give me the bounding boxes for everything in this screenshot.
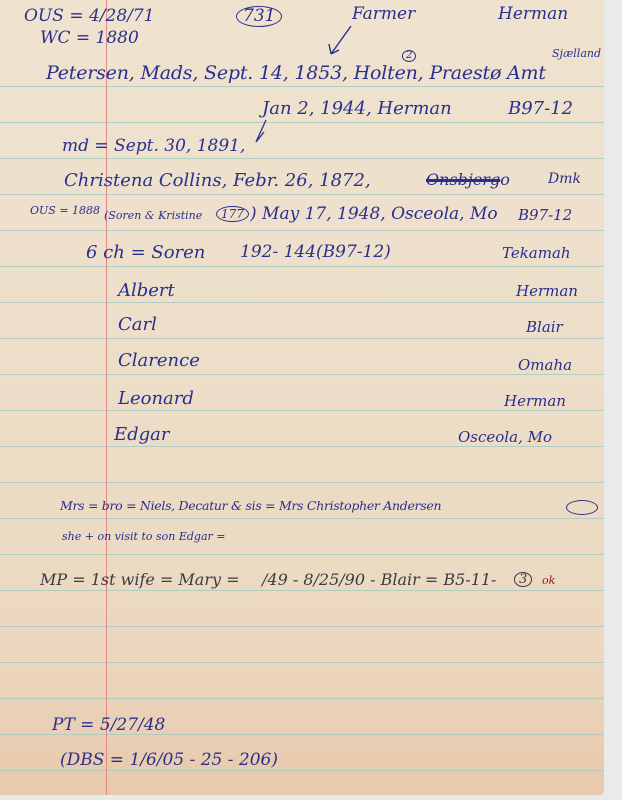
ruled-line <box>0 266 604 267</box>
spouse-ous: OUS = 1888 <box>30 205 100 216</box>
margin-line <box>106 0 107 795</box>
pt-date: PT = 5/27/48 <box>52 717 165 734</box>
notes-visit: she + on visit to son Edgar = <box>62 531 226 542</box>
subject-name-birth: Petersen, Mads, Sept. 14, 1853, Holten, … <box>46 64 546 83</box>
child-place: Blair <box>526 320 563 335</box>
ruled-line <box>0 374 604 375</box>
ruled-line <box>0 86 604 87</box>
children-count: 6 ch = Soren <box>86 244 205 262</box>
spouse-death: ) May 17, 1948, Osceola, Mo <box>250 206 498 223</box>
child-name: Carl <box>118 316 157 334</box>
spouse-parents-ref: 177 <box>216 206 249 222</box>
child-place: Osceola, Mo <box>458 430 552 445</box>
spouse-parents: (Soren & Kristine <box>104 210 202 221</box>
child-name: Clarence <box>118 352 200 370</box>
ruled-line <box>0 338 604 339</box>
spelling-note: Sjælland <box>552 48 601 59</box>
ruled-line <box>0 302 604 303</box>
insertion-arrow-icon <box>325 24 355 58</box>
ruled-line <box>0 518 604 519</box>
marriage-date: md = Sept. 30, 1891, <box>62 138 245 155</box>
occupation: Farmer <box>352 6 415 23</box>
subject-death: Jan 2, 1944, Herman <box>262 100 452 118</box>
ruled-line <box>0 194 604 195</box>
spouse-country: Dmk <box>548 172 581 186</box>
mp-circled-ref: 3 <box>514 572 532 587</box>
dbs-reference: (DBS = 1/6/05 - 25 - 206) <box>60 752 278 769</box>
ok-mark: ok <box>542 575 555 586</box>
ruled-line <box>0 482 604 483</box>
subject-death-ref: B97-12 <box>508 100 573 118</box>
spouse-death-ref: B97-12 <box>518 208 572 223</box>
notes-relatives: Mrs = bro = Niels, Decatur & sis = Mrs C… <box>60 500 441 513</box>
child-name: Edgar <box>114 426 170 444</box>
mp-dates-burial: /49 - 8/25/90 - Blair = B5-11- <box>262 572 496 588</box>
ous-date: OUS = 4/28/71 <box>24 8 155 25</box>
ruled-line <box>0 158 604 159</box>
ruled-line <box>0 662 604 663</box>
ruled-line <box>0 446 604 447</box>
ruled-line <box>0 698 604 699</box>
record-number: 731 <box>236 6 282 27</box>
oval-mark-icon <box>566 500 598 515</box>
wc-year: WC = 1880 <box>40 30 139 47</box>
ledger-paper: OUS = 4/28/71 WC = 1880 731 Farmer Herma… <box>0 0 604 795</box>
child-name: Albert <box>118 282 175 300</box>
ruled-line <box>0 554 604 555</box>
ruled-line <box>0 410 604 411</box>
child-place: Omaha <box>518 358 572 373</box>
ruled-line <box>0 230 604 231</box>
town-header: Herman <box>498 6 568 23</box>
child-soren-dates: 192- 144(B97-12) <box>240 244 391 261</box>
insertion-arrow-icon <box>252 118 272 148</box>
child-place: Herman <box>516 284 578 299</box>
ruled-line <box>0 626 604 627</box>
spouse-birthplace: Onsbjergo <box>426 172 510 188</box>
child-name: Leonard <box>118 390 194 408</box>
spouse-name-birth: Christena Collins, Febr. 26, 1872, <box>64 172 371 190</box>
ruled-line <box>0 770 604 771</box>
ruled-line <box>0 590 604 591</box>
mp-first-wife: MP = 1st wife = Mary = <box>40 572 240 588</box>
ruled-line <box>0 122 604 123</box>
child-place: Herman <box>504 394 566 409</box>
birth-note: 2 <box>402 50 416 62</box>
child-place: Tekamah <box>502 246 571 261</box>
